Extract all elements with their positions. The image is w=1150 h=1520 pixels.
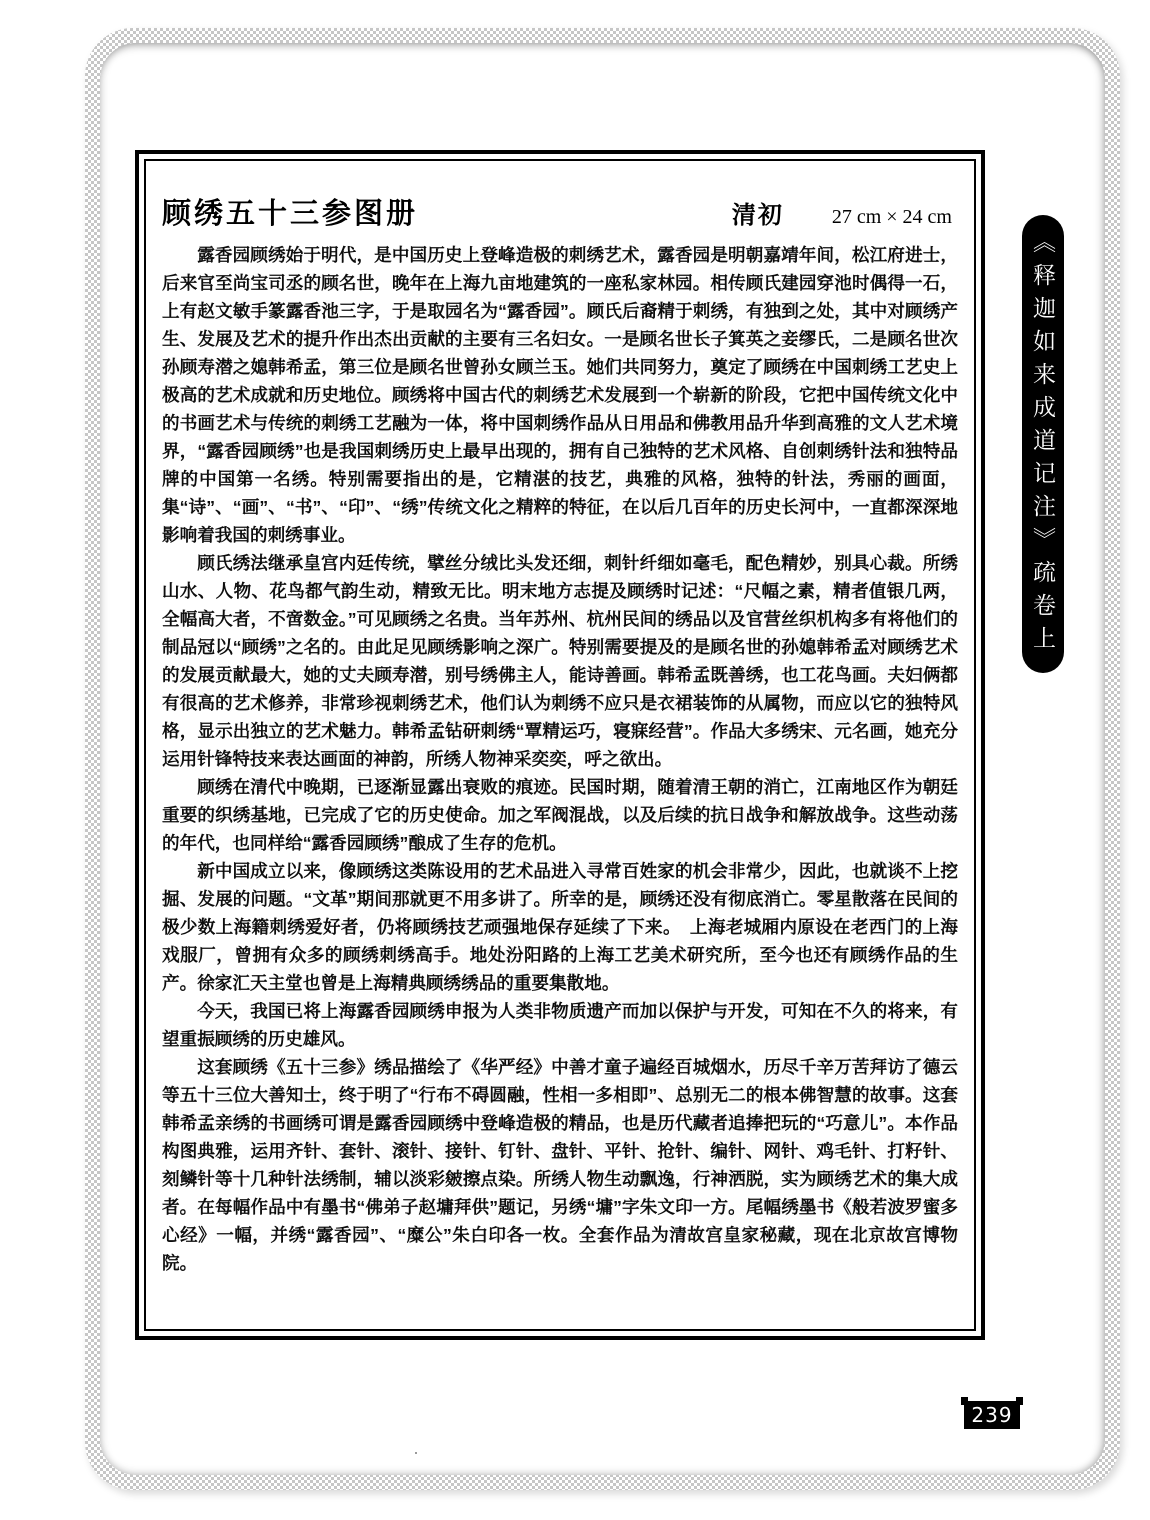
dimensions-label: 27 cm × 24 cm [832,206,952,229]
article-title: 顾绣五十三参图册 [162,191,732,232]
page-number: 239 [971,1403,1012,1427]
era-label: 清初 [732,195,784,230]
paragraph: 这套顾绣《五十三参》绣品描绘了《华严经》中善才童子遍经百城烟水，历尽千辛万苦拜访… [162,1053,958,1277]
spine-label: 《释迦如来成道记注》疏卷上 [1022,230,1064,659]
paragraph: 今天，我国已将上海露香园顾绣申报为人类非物质遗产而加以保护与开发，可知在不久的将… [162,997,958,1053]
paragraph: 顾氏绣法继承皇宫内廷传统，擘丝分绒比头发还细，刺针纤细如毫毛，配色精妙，别具心裁… [162,549,958,773]
paragraph: 新中国成立以来，像顾绣这类陈设用的艺术品进入寻常百姓家的机会非常少，因此，也就谈… [162,857,958,997]
spine-capsule: 《释迦如来成道记注》疏卷上 [1022,215,1064,673]
content-inner-rule: 顾绣五十三参图册 清初 27 cm × 24 cm 露香园顾绣始于明代，是中国历… [144,159,976,1331]
scan-speck [415,1452,417,1454]
paragraph: 露香园顾绣始于明代，是中国历史上登峰造极的刺绣艺术，露香园是明朝嘉靖年间，松江府… [162,241,958,549]
page-number-badge: 239 [964,1401,1020,1429]
paragraph: 顾绣在清代中晚期，已逐渐显露出衰败的痕迹。民国时期，随着清王朝的消亡，江南地区作… [162,773,958,857]
article-body: 露香园顾绣始于明代，是中国历史上登峰造极的刺绣艺术，露香园是明朝嘉靖年间，松江府… [162,241,958,1277]
title-row: 顾绣五十三参图册 清初 27 cm × 24 cm [162,191,958,232]
content-frame: 顾绣五十三参图册 清初 27 cm × 24 cm 露香园顾绣始于明代，是中国历… [135,150,985,1340]
